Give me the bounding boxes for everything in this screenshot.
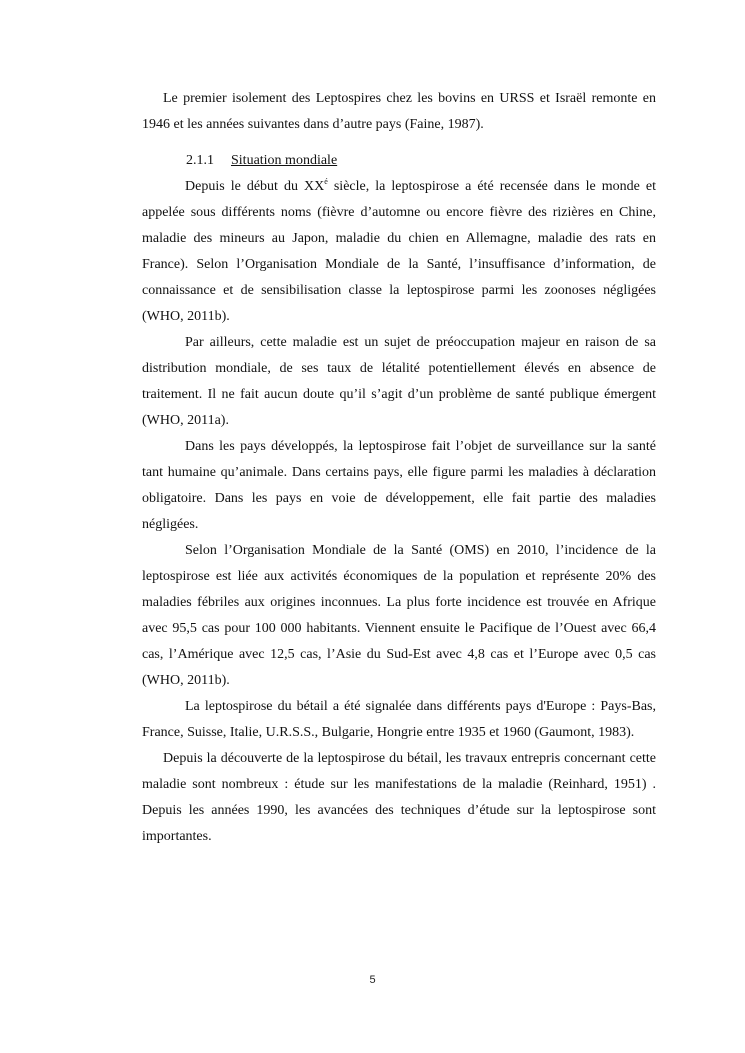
paragraph-xx-siecle: Depuis le début du XXé siècle, la leptos…: [142, 174, 656, 330]
page-number: 5: [0, 974, 745, 986]
paragraph-betail-europe: La leptospirose du bétail a été signalée…: [142, 694, 656, 746]
section-number: 2.1.1: [186, 151, 231, 171]
intro-paragraph-block: Le premier isolement des Leptospires che…: [142, 86, 656, 138]
section-heading: 2.1.1Situation mondiale: [186, 151, 337, 171]
document-page: Le premier isolement des Leptospires che…: [0, 0, 745, 1053]
section-title: Situation mondiale: [231, 153, 337, 168]
intro-paragraph: Le premier isolement des Leptospires che…: [142, 86, 656, 138]
paragraph-pays-developpes: Dans les pays développés, la leptospiros…: [142, 434, 656, 538]
paragraph-closing: Depuis la découverte de la leptospirose …: [142, 746, 656, 850]
paragraph-oms-incidence: Selon l’Organisation Mondiale de la Sant…: [142, 538, 656, 694]
body-text: Depuis le début du XXé siècle, la leptos…: [142, 174, 656, 850]
paragraph-text: Depuis le début du XX: [185, 179, 324, 194]
paragraph-text: siècle, la leptospirose a été recensée d…: [142, 179, 656, 324]
paragraph-preoccupation: Par ailleurs, cette maladie est un sujet…: [142, 330, 656, 434]
